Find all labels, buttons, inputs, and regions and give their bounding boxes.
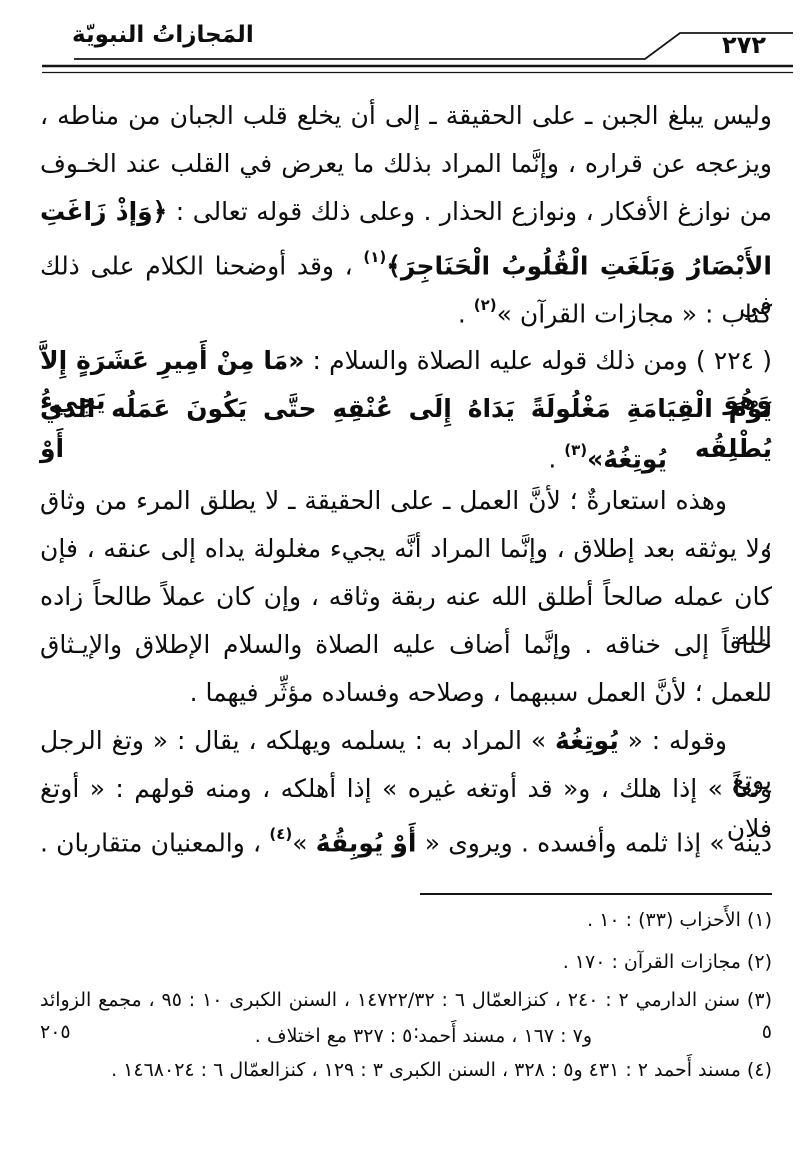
text-run: ولا يوثقه بعد إطلاق ، وإنَّما المراد أنَ…	[40, 534, 772, 563]
body-line-2: ويزعجه عن قراره ، وإنَّما المراد بذلك ما…	[40, 144, 772, 184]
text-run: و٧ : ١٦٧ ، مسند أَحمد ٥ : ٣٢٧ مع اختلاف …	[255, 1025, 592, 1047]
text-run: أَوْ يُوبِقُهُ	[316, 828, 417, 857]
text-run: ﴿وَإذْ زَاغَتِ	[40, 197, 167, 226]
body-line-5: كتاب : « مجازات القرآن »(٢) .	[40, 288, 772, 334]
footnote-line-2: (٢) مجازات القرآن : ١٧٠ .	[40, 946, 772, 978]
footnote-ref: (١)	[363, 248, 386, 266]
body-line-8: يُوتِغُهُ»(٣) .	[40, 433, 772, 479]
body-line-10: ولا يوثقه بعد إطلاق ، وإنَّما المراد أنَ…	[40, 529, 772, 569]
text-run: دينه » إذا ثلمه وأفسده . ويروى «	[416, 828, 772, 857]
text-run: يُوتِغُهُ	[555, 726, 619, 755]
body-line-12: خناقاً إلى خناقه . وإنَّما أضاف عليه الص…	[40, 625, 772, 665]
body-line-3: من نوازغ الأفكار ، ونوازع الحذار . وعلى …	[40, 192, 772, 232]
book-title: المَجازاتُ النبويّة	[72, 22, 254, 48]
body-line-1: وليس يبلغ الجبن ـ على الحقيقة ـ إلى أن ي…	[40, 96, 772, 136]
footnote-ref: (٤)	[269, 825, 292, 843]
page-number: ٢٧٢	[722, 31, 766, 59]
text-run: .	[458, 299, 474, 328]
text-run: الأَبْصَارُ وَبَلَغَتِ الْقُلُوبُ الْحَن…	[386, 251, 772, 280]
text-run: ويزعجه عن قراره ، وإنَّما المراد بذلك ما…	[40, 149, 772, 178]
text-run: (١) الأَحزاب (٣٣) : ١٠ .	[587, 909, 772, 931]
footnote-line-4: و٧ : ١٦٧ ، مسند أَحمد ٥ : ٣٢٧ مع اختلاف …	[40, 1020, 772, 1052]
footnote-line-1: (١) الأَحزاب (٣٣) : ١٠ .	[40, 904, 772, 936]
text-run: وقوله : «	[619, 726, 727, 755]
text-run: (٤) مسند أَحمد ٢ : ٤٣١ و٥ : ٣٢٨ ، السنن …	[111, 1059, 772, 1081]
text-run: من نوازغ الأفكار ، ونوازع الحذار . وعلى …	[167, 197, 772, 226]
text-run: للعمل ؛ لأنَّ العمل سببهما ، وصلاحه وفسا…	[190, 678, 772, 707]
body-line-16: دينه » إذا ثلمه وأفسده . ويروى « أَوْ يُ…	[40, 817, 772, 863]
text-run: »	[292, 828, 316, 857]
footnote-line-5: (٤) مسند أَحمد ٢ : ٤٣١ و٥ : ٣٢٨ ، السنن …	[40, 1054, 772, 1086]
book-page: المَجازاتُ النبويّة ٢٧٢ وليس يبلغ الجبن …	[0, 0, 812, 1170]
footnote-ref: (٣)	[564, 441, 587, 459]
text-run: خناقاً إلى خناقه . وإنَّما أضاف عليه الص…	[40, 630, 772, 659]
text-run: .	[548, 444, 564, 473]
body-line-13: للعمل ؛ لأنَّ العمل سببهما ، وصلاحه وفسا…	[40, 673, 772, 713]
text-run: ( ٢٢٤ ) ومن ذلك قوله عليه الصلاة والسلام…	[304, 346, 772, 375]
text-run: (٢) مجازات القرآن : ١٧٠ .	[563, 951, 772, 973]
text-run: كتاب : « مجازات القرآن »	[497, 299, 772, 328]
text-run: ، والمعنيان متقاربان .	[40, 828, 269, 857]
footnote-ref: (٢)	[474, 296, 497, 314]
footnote-separator	[420, 893, 772, 895]
text-run: وليس يبلغ الجبن ـ على الحقيقة ـ إلى أن ي…	[40, 101, 772, 130]
text-run: يُوتِغُهُ»	[587, 444, 667, 473]
